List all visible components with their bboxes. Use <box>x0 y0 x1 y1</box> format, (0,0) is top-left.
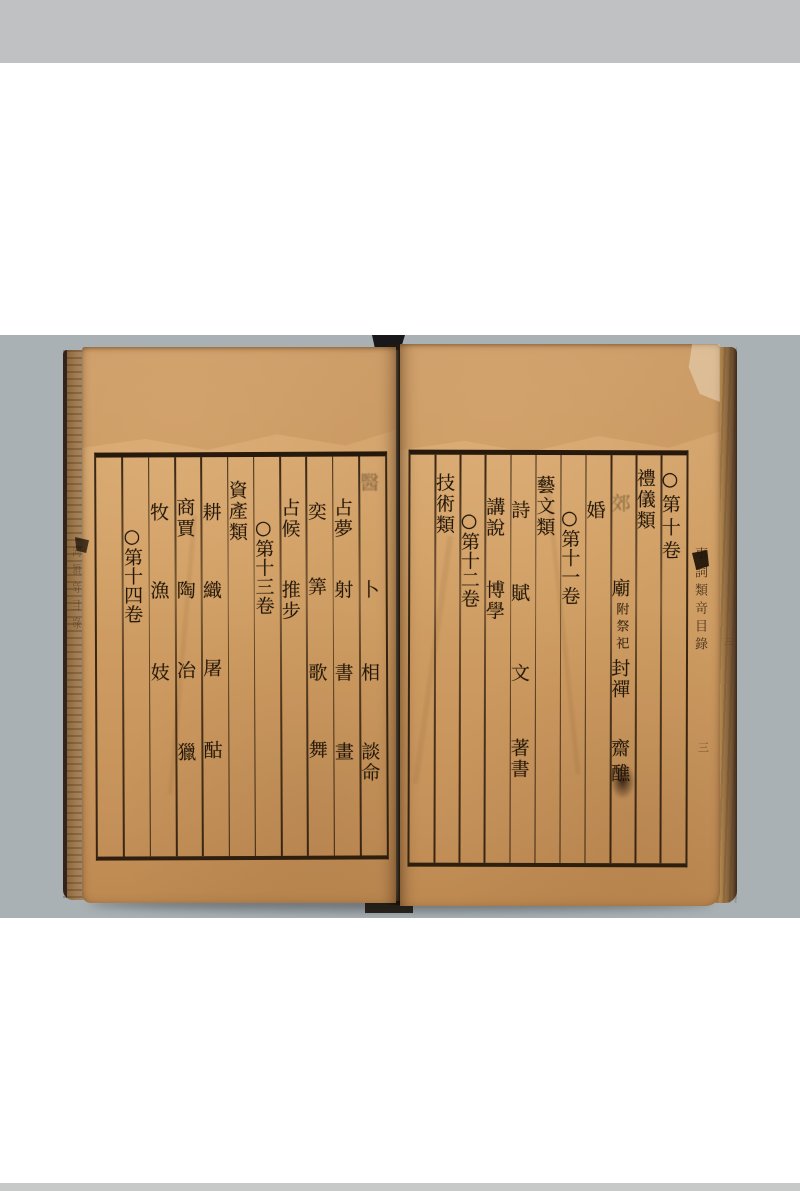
text-run: 齋醮 <box>613 738 633 788</box>
text-run: 著書 <box>513 738 533 780</box>
book-photo: 醫卜相談命占夢射書畫奕筭歌舞占候推步○第十三卷資產類耕織屠酤商賈陶冶獵牧漁妓○第… <box>0 335 800 918</box>
fore-edge-title-right: 事詞類竒目錄 <box>695 547 709 715</box>
text-run: 陶 <box>179 580 199 601</box>
text-run: 耕 <box>205 502 225 523</box>
text-run: 廟 <box>613 578 633 599</box>
text-run: 漁 <box>152 580 172 601</box>
text-run: 賦 <box>513 583 533 604</box>
text-run: 談命 <box>363 741 383 783</box>
text-run: ○第十三卷 <box>257 517 277 615</box>
text-run: 封禪 <box>613 658 633 700</box>
text-run: 酤 <box>206 740 226 761</box>
text-run: 商賈 <box>178 497 198 539</box>
text-run: 冶 <box>179 660 199 681</box>
right-page-frame: ○第十卷禮儀類郊廟附祭祀封禪齋醮婚○第十一卷藝文類詩賦文著書講說博學○第十二卷技… <box>407 450 688 868</box>
text-run: 占夢 <box>336 497 356 539</box>
text-run: ○第十一卷 <box>563 507 583 605</box>
top-gray-band <box>0 0 800 63</box>
text-run: 奕 <box>310 502 330 523</box>
text-run: 醫 <box>362 472 382 493</box>
text-run: 舞 <box>311 740 331 761</box>
text-run: 藝文類 <box>538 475 558 538</box>
text-run: 筭 <box>310 577 330 598</box>
text-run: 技術類 <box>438 473 458 536</box>
text-run: 歌 <box>310 663 330 684</box>
text-run: 占候 <box>283 498 303 540</box>
left-page-frame: 醫卜相談命占夢射書畫奕筭歌舞占候推步○第十三卷資產類耕織屠酤商賈陶冶獵牧漁妓○第… <box>94 451 389 860</box>
fore-edge-title-left: 詞類竒目錄 <box>73 545 84 705</box>
text-run: 附祭祀 <box>616 602 630 653</box>
text-run: 相 <box>363 662 383 683</box>
text-run: ○第十二卷 <box>463 510 483 608</box>
text-run: 推步 <box>284 580 304 622</box>
text-run: 詩 <box>513 500 533 521</box>
text-run: 牧 <box>152 502 172 523</box>
text-run: 卜 <box>363 579 383 600</box>
text-run: 講說 <box>488 497 508 539</box>
text-run: 博學 <box>488 580 508 622</box>
text-run: 妓 <box>153 662 173 683</box>
column-rule <box>122 458 125 857</box>
fore-edge-page-number: 三 <box>698 739 709 755</box>
text-run: 織 <box>205 580 225 601</box>
text-run: 獵 <box>179 742 199 763</box>
under-page-number: 三 <box>724 635 733 648</box>
text-run: 屠 <box>205 658 225 679</box>
text-run: 書 <box>337 662 357 683</box>
text-run: 婚 <box>589 500 609 521</box>
text-run: 郊 <box>614 493 634 514</box>
text-run: 禮儀類 <box>639 468 659 531</box>
text-run: ○第十卷 <box>664 468 684 563</box>
text-run: 畫 <box>337 741 357 762</box>
text-run: 射 <box>336 579 356 600</box>
text-run: 資產類 <box>231 480 251 543</box>
text-run: ○第十四卷 <box>126 525 146 623</box>
column-rule <box>358 456 361 855</box>
screenshot: 醫卜相談命占夢射書畫奕筭歌舞占候推步○第十三卷資產類耕織屠酤商賈陶冶獵牧漁妓○第… <box>0 0 800 1191</box>
bottom-gray-band <box>0 1183 800 1191</box>
text-run: 文 <box>513 663 533 684</box>
